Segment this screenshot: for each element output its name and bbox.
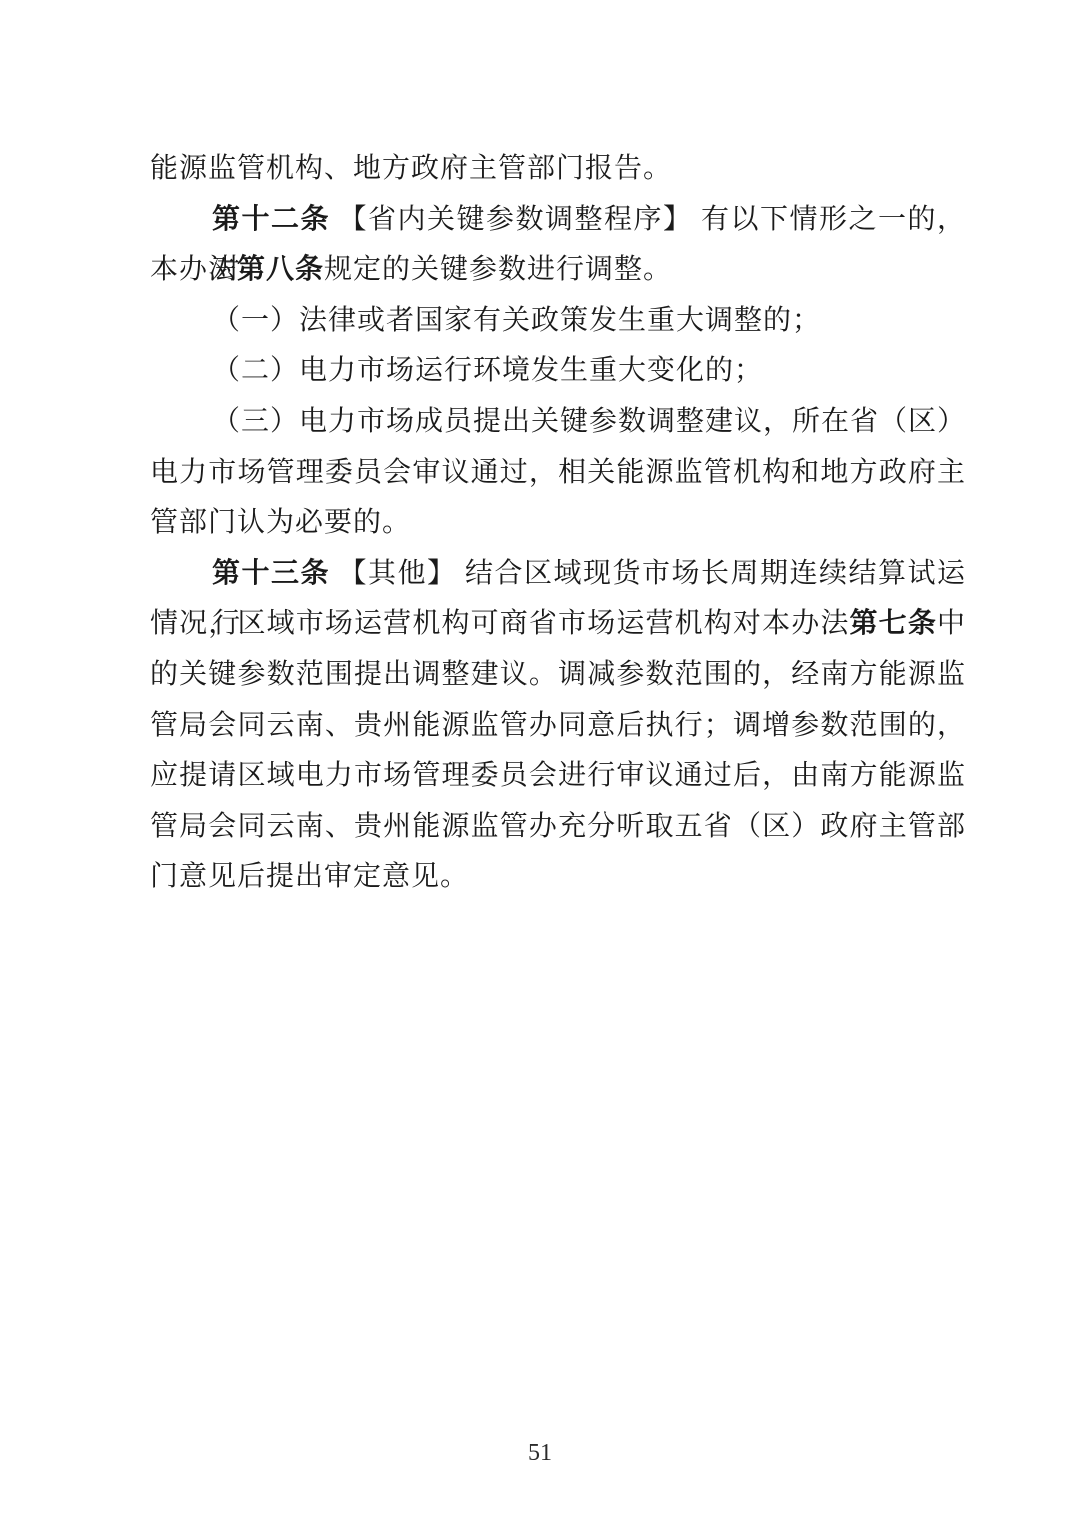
text-run: 中 [937,608,966,639]
text-run: 管部门认为必要的。 [150,507,411,538]
bold-text-run: 第八条 [237,254,324,285]
text-run: 规定的关键参数进行调整。 [324,254,672,285]
text-line: （二）电力市场运行环境发生重大变化的； [150,346,966,397]
text-run: （二）电力市场运行环境发生重大变化的； [212,355,763,386]
text-line: （三）电力市场成员提出关键参数调整建议，所在省（区） [150,397,966,448]
text-line: 本办法第八条规定的关键参数进行调整。 [150,245,966,296]
text-run: 本办法 [150,254,237,285]
document-page: 能源监管机构、地方政府主管部门报告。第十二条 【省内关键参数调整程序】 有以下情… [0,0,1080,1527]
text-line: 第十三条 【其他】 结合区域现货市场长周期连续结算试运行 [150,549,966,600]
text-run: 电力市场管理委员会审议通过，相关能源监管机构和地方政府主 [150,457,966,488]
text-line: 能源监管机构、地方政府主管部门报告。 [150,144,966,195]
text-run: （三）电力市场成员提出关键参数调整建议，所在省（区） [212,406,966,437]
text-run: 管局会同云南、贵州能源监管办充分听取五省（区）政府主管部 [150,811,966,842]
bold-text-run: 第十三条 [212,558,330,589]
text-run: 情况，区域市场运营机构可商省市场运营机构对本办法 [150,608,850,639]
page-number: 51 [0,1438,1080,1468]
bold-text-run: 第七条 [850,608,937,639]
text-line: 管部门认为必要的。 [150,498,966,549]
text-run: 应提请区域电力市场管理委员会进行审议通过后，由南方能源监 [150,760,966,791]
text-line: （一）法律或者国家有关政策发生重大调整的； [150,296,966,347]
text-line: 管局会同云南、贵州能源监管办充分听取五省（区）政府主管部 [150,802,966,853]
text-line: 管局会同云南、贵州能源监管办同意后执行；调增参数范围的， [150,701,966,752]
text-line: 情况，区域市场运营机构可商省市场运营机构对本办法第七条中 [150,599,966,650]
text-run: 管局会同云南、贵州能源监管办同意后执行；调增参数范围的， [150,710,966,741]
text-run: （一）法律或者国家有关政策发生重大调整的； [212,305,821,336]
text-line: 应提请区域电力市场管理委员会进行审议通过后，由南方能源监 [150,751,966,802]
text-line: 第十二条 【省内关键参数调整程序】 有以下情形之一的，对 [150,195,966,246]
text-run: 的关键参数范围提出调整建议。调减参数范围的，经南方能源监 [150,659,966,690]
document-body: 能源监管机构、地方政府主管部门报告。第十二条 【省内关键参数调整程序】 有以下情… [150,144,966,903]
text-line: 的关键参数范围提出调整建议。调减参数范围的，经南方能源监 [150,650,966,701]
text-line: 门意见后提出审定意见。 [150,852,966,903]
text-run: 能源监管机构、地方政府主管部门报告。 [150,153,672,184]
text-run: 门意见后提出审定意见。 [150,861,469,892]
bold-text-run: 第十二条 [212,204,330,235]
text-line: 电力市场管理委员会审议通过，相关能源监管机构和地方政府主 [150,448,966,499]
